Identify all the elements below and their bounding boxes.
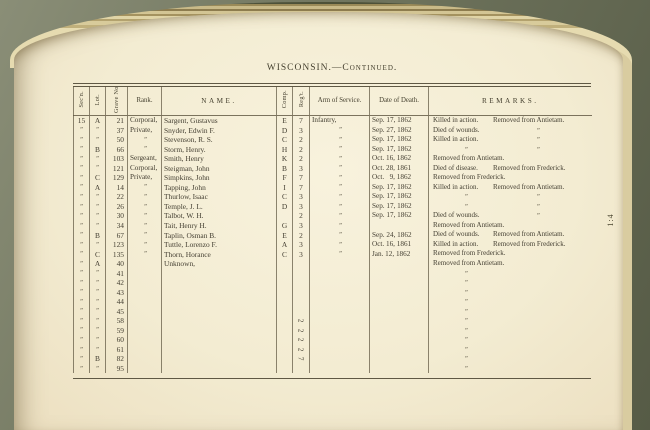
header-name: NAME. <box>162 86 277 116</box>
cell-grave: 60 <box>106 335 128 345</box>
cell-grave: 66 <box>106 145 128 155</box>
cell-arm: ” <box>310 249 370 259</box>
cell-regt <box>293 288 310 298</box>
cell-grave: 40 <box>106 259 128 269</box>
table-row: ””45” <box>74 307 592 317</box>
table-row: ””592” <box>74 326 592 336</box>
cell-arm <box>310 288 370 298</box>
cell-arm <box>310 307 370 317</box>
remark-primary: Killed in action. <box>433 116 478 125</box>
remark-primary: ” <box>465 307 468 316</box>
cell-arm <box>310 364 370 374</box>
cell-comp: D <box>277 126 293 136</box>
cell-name: Temple, J. L. <box>162 202 277 212</box>
remark-primary: ” <box>465 192 468 201</box>
cell-secn: ” <box>74 145 90 155</box>
cell-lot: ” <box>90 192 106 202</box>
cell-lot: ” <box>90 364 106 374</box>
cell-comp: C <box>277 135 293 145</box>
cell-date <box>370 354 429 364</box>
cell-lot: ” <box>90 288 106 298</box>
page-title: WISCONSIN.—Continued. <box>73 63 591 73</box>
cell-secn: ” <box>74 316 90 326</box>
cell-comp <box>277 211 293 221</box>
table-header-row: Sec'n. Lot. Grave No. Rank. NAME. Comp. … <box>74 86 592 116</box>
cell-date <box>370 345 429 355</box>
cell-secn: ” <box>74 164 90 174</box>
cell-rank <box>128 288 162 298</box>
cell-arm: ” <box>310 183 370 193</box>
cell-name: Thorn, Horance <box>162 249 277 259</box>
cell-comp <box>277 307 293 317</box>
cell-arm: ” <box>310 145 370 155</box>
cell-arm: ” <box>310 240 370 250</box>
cell-lot: ” <box>90 278 106 288</box>
cell-regt: 2 <box>293 316 310 326</box>
cell-comp: C <box>277 192 293 202</box>
cell-grave: 103 <box>106 154 128 164</box>
cell-date: Sep. 17, 1862 <box>370 192 429 202</box>
cell-name: Snyder, Edwin F. <box>162 126 277 136</box>
cell-secn: ” <box>74 259 90 269</box>
cell-remarks: Killed in action.” <box>429 135 592 145</box>
cell-secn: ” <box>74 345 90 355</box>
cell-lot: ” <box>90 316 106 326</box>
cell-comp <box>277 278 293 288</box>
cell-rank: ” <box>128 192 162 202</box>
cell-name: Steigman, John <box>162 164 277 174</box>
cell-remarks: Removed from Antietam. <box>429 221 592 231</box>
remark-primary: ” <box>465 345 468 354</box>
cell-remarks: Killed in action.Removed from Frederick. <box>429 240 592 250</box>
cell-rank: ” <box>128 135 162 145</box>
table-row: ””37Private,Snyder, Edwin F.D3”Sep. 27, … <box>74 126 592 136</box>
cell-arm: ” <box>310 221 370 231</box>
cell-grave: 37 <box>106 126 128 136</box>
cell-lot: ” <box>90 307 106 317</box>
cell-date <box>370 326 429 336</box>
cell-secn: ” <box>74 297 90 307</box>
cell-date: Sep. 17, 1862 <box>370 202 429 212</box>
remark-secondary: Removed from Antietam. <box>493 230 564 239</box>
cell-secn: ” <box>74 154 90 164</box>
table-row: ””103Sergeant,Smith, HenryK2”Oct. 16, 18… <box>74 154 592 164</box>
cell-lot: ” <box>90 135 106 145</box>
cell-regt: 2 <box>293 335 310 345</box>
remark-secondary: Removed from Frederick. <box>493 240 566 249</box>
cell-grave: 121 <box>106 164 128 174</box>
cell-rank <box>128 269 162 279</box>
cell-rank <box>128 326 162 336</box>
cell-arm: ” <box>310 211 370 221</box>
cell-remarks: ” <box>429 316 592 326</box>
cell-comp <box>277 364 293 374</box>
remark-primary: ” <box>465 297 468 306</box>
cell-name: Talbot, W. H. <box>162 211 277 221</box>
cell-grave: 82 <box>106 354 128 364</box>
cell-comp <box>277 259 293 269</box>
cell-date <box>370 269 429 279</box>
table-row: ”C129Private,Simpkins, JohnF7”Oct. 9, 18… <box>74 173 592 183</box>
cell-secn: ” <box>74 211 90 221</box>
cell-date <box>370 335 429 345</box>
cell-name <box>162 297 277 307</box>
cell-secn: ” <box>74 135 90 145</box>
cell-remarks: Removed from Frederick. <box>429 249 592 259</box>
cell-comp: E <box>277 230 293 240</box>
cell-grave: 67 <box>106 230 128 240</box>
rotated-regiment-number: 7 <box>296 357 305 361</box>
cell-regt <box>293 307 310 317</box>
cell-date: Sep. 17, 1862 <box>370 135 429 145</box>
cell-name <box>162 345 277 355</box>
remark-secondary: Removed from Frederick. <box>493 164 566 173</box>
cell-regt: 3 <box>293 164 310 174</box>
cell-date <box>370 221 429 231</box>
remark-primary: ” <box>465 278 468 287</box>
cell-grave: 26 <box>106 202 128 212</box>
cell-arm <box>310 335 370 345</box>
cell-secn: ” <box>74 335 90 345</box>
cell-remarks: Died of wounds.” <box>429 211 592 221</box>
cell-date <box>370 297 429 307</box>
table-row: ”B66”Storm, Henry.H2”Sep. 17, 1862”” <box>74 145 592 155</box>
cell-comp: C <box>277 249 293 259</box>
cell-rank: Corporal, <box>128 164 162 174</box>
cell-date <box>370 259 429 269</box>
cell-rank: ” <box>128 249 162 259</box>
cell-secn: 15 <box>74 116 90 126</box>
cell-regt: 3 <box>293 240 310 250</box>
cell-rank: ” <box>128 202 162 212</box>
cell-remarks: ” <box>429 307 592 317</box>
cell-arm <box>310 316 370 326</box>
header-date-of-death: Date of Death. <box>370 86 429 116</box>
cell-comp: A <box>277 240 293 250</box>
table-row: ””22”Thurlow, IsaacC3”Sep. 17, 1862”” <box>74 192 592 202</box>
cell-remarks: Removed from Antietam. <box>429 259 592 269</box>
cell-rank <box>128 297 162 307</box>
cell-remarks: Killed in action.Removed from Antietam. <box>429 183 592 193</box>
cell-secn: ” <box>74 278 90 288</box>
remark-secondary: ” <box>537 192 540 201</box>
table-row: ”C135”Thorn, HoranceC3”Jan. 12, 1862Remo… <box>74 249 592 259</box>
cell-arm: ” <box>310 173 370 183</box>
remark-primary: Killed in action. <box>433 183 478 192</box>
cell-name: Sargent, Gustavus <box>162 116 277 126</box>
cell-arm: ” <box>310 126 370 136</box>
cell-arm <box>310 297 370 307</box>
cell-comp: F <box>277 173 293 183</box>
cell-regt: 7 <box>293 173 310 183</box>
cell-remarks: ” <box>429 297 592 307</box>
cell-comp: G <box>277 221 293 231</box>
cell-rank <box>128 364 162 374</box>
cell-rank: ” <box>128 230 162 240</box>
cell-name: Tait, Henry H. <box>162 221 277 231</box>
cell-comp <box>277 326 293 336</box>
cell-name <box>162 335 277 345</box>
cell-comp <box>277 316 293 326</box>
cell-regt: 7 <box>293 116 310 126</box>
cell-name <box>162 326 277 336</box>
cell-lot: ” <box>90 164 106 174</box>
cell-comp: D <box>277 202 293 212</box>
remark-secondary: ” <box>537 145 540 154</box>
remark-primary: Killed in action. <box>433 135 478 144</box>
cell-regt <box>293 259 310 269</box>
cell-grave: 95 <box>106 364 128 374</box>
cell-secn: ” <box>74 173 90 183</box>
table-row: ””43” <box>74 288 592 298</box>
cell-secn: ” <box>74 326 90 336</box>
table-row: ””44” <box>74 297 592 307</box>
cell-arm: ” <box>310 192 370 202</box>
remark-primary: Removed from Antietam. <box>433 221 504 230</box>
cell-name <box>162 307 277 317</box>
remark-primary: Died of wounds. <box>433 211 479 220</box>
cell-arm <box>310 354 370 364</box>
cell-rank: ” <box>128 221 162 231</box>
rotated-regiment-number: 2 <box>296 338 305 342</box>
cell-arm <box>310 259 370 269</box>
cell-remarks: Removed from Frederick. <box>429 173 592 183</box>
rotated-regiment-number: 2 <box>296 348 305 352</box>
cell-grave: 34 <box>106 221 128 231</box>
remark-primary: ” <box>465 316 468 325</box>
remark-primary: Removed from Frederick. <box>433 249 506 258</box>
cell-grave: 22 <box>106 192 128 202</box>
remark-primary: Died of wounds. <box>433 230 479 239</box>
cell-comp <box>277 288 293 298</box>
cell-arm: Infantry, <box>310 116 370 126</box>
cell-remarks: ” <box>429 278 592 288</box>
cell-grave: 42 <box>106 278 128 288</box>
table-row: ””95” <box>74 364 592 374</box>
cell-rank: ” <box>128 240 162 250</box>
cell-comp: B <box>277 164 293 174</box>
cell-regt: 2 <box>293 154 310 164</box>
table-row: ””121Corporal,Steigman, JohnB3”Oct. 28, … <box>74 164 592 174</box>
header-regt: Reg't. <box>293 86 310 116</box>
table-row: ””26”Temple, J. L.D3”Sep. 17, 1862”” <box>74 202 592 212</box>
cell-secn: ” <box>74 230 90 240</box>
table-row: ””30”Talbot, W. H.2”Sep. 17, 1862Died of… <box>74 211 592 221</box>
remark-primary: ” <box>465 269 468 278</box>
cell-grave: 21 <box>106 116 128 126</box>
cell-remarks: Died of wounds.Removed from Antietam. <box>429 230 592 240</box>
cell-rank <box>128 259 162 269</box>
remark-primary: Killed in action. <box>433 240 478 249</box>
cell-regt: 2 <box>293 135 310 145</box>
cell-comp: K <box>277 154 293 164</box>
cell-arm <box>310 269 370 279</box>
cell-lot: A <box>90 259 106 269</box>
grave-register-table: Sec'n. Lot. Grave No. Rank. NAME. Comp. … <box>73 86 592 373</box>
cell-date: Oct. 16, 1861 <box>370 240 429 250</box>
cell-rank: ” <box>128 145 162 155</box>
cell-comp: I <box>277 183 293 193</box>
remark-secondary: ” <box>537 202 540 211</box>
cell-grave: 14 <box>106 183 128 193</box>
remark-primary: Died of wounds. <box>433 126 479 135</box>
cell-remarks: ” <box>429 335 592 345</box>
cell-secn: ” <box>74 364 90 374</box>
table-bottom-rule <box>73 378 591 379</box>
cell-rank: Corporal, <box>128 116 162 126</box>
cell-secn: ” <box>74 192 90 202</box>
cell-regt: 3 <box>293 221 310 231</box>
cell-grave: 58 <box>106 316 128 326</box>
header-lot: Lot. <box>90 86 106 116</box>
table-row: ””582” <box>74 316 592 326</box>
cell-remarks: ” <box>429 354 592 364</box>
cell-remarks: ”” <box>429 145 592 155</box>
cell-rank <box>128 345 162 355</box>
cell-regt: 2 <box>293 326 310 336</box>
cell-date: Sep. 17, 1862 <box>370 211 429 221</box>
remark-secondary: ” <box>537 211 540 220</box>
remark-primary: ” <box>465 354 468 363</box>
rotated-regiment-number: 2 <box>296 319 305 323</box>
cell-arm: ” <box>310 154 370 164</box>
cell-comp <box>277 269 293 279</box>
table-top-rule <box>73 83 591 84</box>
cell-date <box>370 307 429 317</box>
cell-secn: ” <box>74 126 90 136</box>
remark-primary: ” <box>465 364 468 373</box>
table-row: ””612” <box>74 345 592 355</box>
cell-comp: H <box>277 145 293 155</box>
cell-name: Unknown, <box>162 259 277 269</box>
cell-secn: ” <box>74 307 90 317</box>
cell-lot: ” <box>90 211 106 221</box>
cell-arm <box>310 345 370 355</box>
cell-arm: ” <box>310 230 370 240</box>
cell-secn: ” <box>74 249 90 259</box>
cell-lot: ” <box>90 221 106 231</box>
cell-name <box>162 288 277 298</box>
rotated-regiment-number: 2 <box>296 329 305 333</box>
table-row: ””34”Tait, Henry H.G3”Removed from Antie… <box>74 221 592 231</box>
cell-grave: 135 <box>106 249 128 259</box>
cell-rank: Private, <box>128 126 162 136</box>
remark-secondary: Removed from Antietam. <box>493 116 564 125</box>
cell-remarks: Removed from Antietam. <box>429 154 592 164</box>
cell-rank <box>128 278 162 288</box>
cell-secn: ” <box>74 183 90 193</box>
table-body: 15A21Corporal,Sargent, GustavusE7Infantr… <box>74 116 592 374</box>
cell-regt: 7 <box>293 354 310 364</box>
cell-regt <box>293 364 310 374</box>
cell-regt <box>293 269 310 279</box>
cell-lot: C <box>90 173 106 183</box>
cell-regt: 7 <box>293 183 310 193</box>
cell-lot: B <box>90 230 106 240</box>
cell-comp <box>277 335 293 345</box>
remark-secondary: ” <box>537 126 540 135</box>
cell-lot: ” <box>90 297 106 307</box>
cell-comp <box>277 297 293 307</box>
cell-lot: ” <box>90 269 106 279</box>
remark-primary: Died of disease. <box>433 164 478 173</box>
cell-rank: Sergeant, <box>128 154 162 164</box>
cell-lot: B <box>90 145 106 155</box>
cell-lot: A <box>90 116 106 126</box>
cell-name <box>162 269 277 279</box>
cell-name: Stevenson, R. S. <box>162 135 277 145</box>
table-row: ”B827” <box>74 354 592 364</box>
cell-name <box>162 316 277 326</box>
cell-lot: ” <box>90 345 106 355</box>
cell-grave: 50 <box>106 135 128 145</box>
cell-rank <box>128 335 162 345</box>
cell-date: Sep. 24, 1862 <box>370 230 429 240</box>
header-rank: Rank. <box>128 86 162 116</box>
cell-date: Sep. 17, 1862 <box>370 116 429 126</box>
table-row: ””41” <box>74 269 592 279</box>
cell-remarks: ” <box>429 288 592 298</box>
cell-name <box>162 364 277 374</box>
cell-regt: 3 <box>293 192 310 202</box>
cell-rank: ” <box>128 183 162 193</box>
cell-date: Oct. 9, 1862 <box>370 173 429 183</box>
remark-primary: ” <box>465 145 468 154</box>
rotated-page-number: 1:4 <box>606 205 618 235</box>
cell-arm <box>310 278 370 288</box>
cell-arm <box>310 326 370 336</box>
cell-regt: 2 <box>293 211 310 221</box>
cell-comp <box>277 345 293 355</box>
cell-date: Oct. 28, 1861 <box>370 164 429 174</box>
cell-regt: 2 <box>293 145 310 155</box>
cell-remarks: ”” <box>429 192 592 202</box>
cell-grave: 59 <box>106 326 128 336</box>
table-row: ”A40Unknown,Removed from Antietam. <box>74 259 592 269</box>
cell-lot: ” <box>90 335 106 345</box>
cell-rank: ” <box>128 211 162 221</box>
cell-lot: ” <box>90 126 106 136</box>
table-row: ””602” <box>74 335 592 345</box>
header-remarks: REMARKS. <box>429 86 592 116</box>
cell-grave: 30 <box>106 211 128 221</box>
cell-grave: 44 <box>106 297 128 307</box>
cell-rank <box>128 307 162 317</box>
header-section: Sec'n. <box>74 86 90 116</box>
cell-grave: 43 <box>106 288 128 298</box>
cell-name <box>162 354 277 364</box>
cell-arm: ” <box>310 164 370 174</box>
cell-remarks: ”” <box>429 202 592 212</box>
cell-name: Taplin, Osman B. <box>162 230 277 240</box>
cell-date: Jan. 12, 1862 <box>370 249 429 259</box>
cell-remarks: ” <box>429 326 592 336</box>
cell-remarks: Died of disease.Removed from Frederick. <box>429 164 592 174</box>
cell-regt: 3 <box>293 126 310 136</box>
cell-name: Tuttle, Lorenzo F. <box>162 240 277 250</box>
cell-lot: A <box>90 183 106 193</box>
cell-rank <box>128 316 162 326</box>
cell-date: Oct. 16, 1862 <box>370 154 429 164</box>
cell-lot: ” <box>90 240 106 250</box>
cell-rank: Private, <box>128 173 162 183</box>
cell-date: Sep. 17, 1862 <box>370 145 429 155</box>
table-row: ””123”Tuttle, Lorenzo F.A3”Oct. 16, 1861… <box>74 240 592 250</box>
cell-secn: ” <box>74 221 90 231</box>
cell-date <box>370 278 429 288</box>
table-row: ””42” <box>74 278 592 288</box>
cell-regt: 3 <box>293 249 310 259</box>
